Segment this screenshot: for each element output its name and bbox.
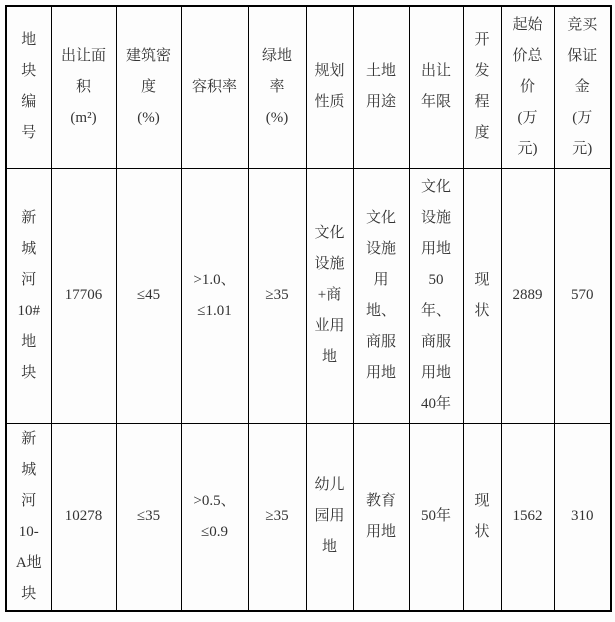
cell-development-degree: 现 状 — [463, 423, 501, 611]
header-green-space-rate: 绿地 率 (%) — [248, 6, 306, 168]
land-auction-table-page: 地 块 编 号 出让面 积 (m²) 建筑密 度 (%) 容积率 绿地 率 (%… — [0, 0, 615, 622]
header-development-degree: 开 发 程 度 — [463, 6, 501, 168]
header-plot-number: 地 块 编 号 — [6, 6, 51, 168]
table-row-parcel-10A: 新 城 河 10- A地 块 10278 ≤35 >0.5、 ≤0.9 ≥35 … — [6, 423, 611, 611]
cell-building-density: ≤45 — [116, 168, 181, 423]
cell-planning-nature: 文化 设施 +商 业用 地 — [306, 168, 353, 423]
header-bid-deposit: 竞买 保证 金 (万 元) — [554, 6, 611, 168]
cell-plot-number: 新 城 河 10- A地 块 — [6, 423, 51, 611]
cell-planning-nature: 幼儿 园用 地 — [306, 423, 353, 611]
header-building-density: 建筑密 度 (%) — [116, 6, 181, 168]
header-planning-nature: 规划 性质 — [306, 6, 353, 168]
cell-green-space-rate: ≥35 — [248, 168, 306, 423]
cell-bid-deposit: 310 — [554, 423, 611, 611]
cell-transfer-term: 50年 — [409, 423, 463, 611]
header-transfer-area: 出让面 积 (m²) — [51, 6, 116, 168]
cell-starting-price: 1562 — [501, 423, 554, 611]
header-row: 地 块 编 号 出让面 积 (m²) 建筑密 度 (%) 容积率 绿地 率 (%… — [6, 6, 611, 168]
cell-transfer-area: 10278 — [51, 423, 116, 611]
cell-plot-number: 新 城 河 10# 地 块 — [6, 168, 51, 423]
land-parcel-table: 地 块 编 号 出让面 积 (m²) 建筑密 度 (%) 容积率 绿地 率 (%… — [5, 5, 612, 612]
header-land-use: 土地 用途 — [353, 6, 409, 168]
cell-transfer-term: 文化 设施 用地 50 年、 商服 用地 40年 — [409, 168, 463, 423]
cell-green-space-rate: ≥35 — [248, 423, 306, 611]
header-starting-price: 起始 价总 价 (万 元) — [501, 6, 554, 168]
cell-building-density: ≤35 — [116, 423, 181, 611]
cell-transfer-area: 17706 — [51, 168, 116, 423]
cell-bid-deposit: 570 — [554, 168, 611, 423]
header-transfer-term: 出让 年限 — [409, 6, 463, 168]
cell-land-use: 文化 设施 用 地、 商服 用地 — [353, 168, 409, 423]
header-plot-ratio: 容积率 — [181, 6, 248, 168]
cell-land-use: 教育 用地 — [353, 423, 409, 611]
cell-plot-ratio: >1.0、 ≤1.01 — [181, 168, 248, 423]
cell-plot-ratio: >0.5、 ≤0.9 — [181, 423, 248, 611]
cell-development-degree: 现 状 — [463, 168, 501, 423]
cell-starting-price: 2889 — [501, 168, 554, 423]
table-row-parcel-10: 新 城 河 10# 地 块 17706 ≤45 >1.0、 ≤1.01 ≥35 … — [6, 168, 611, 423]
